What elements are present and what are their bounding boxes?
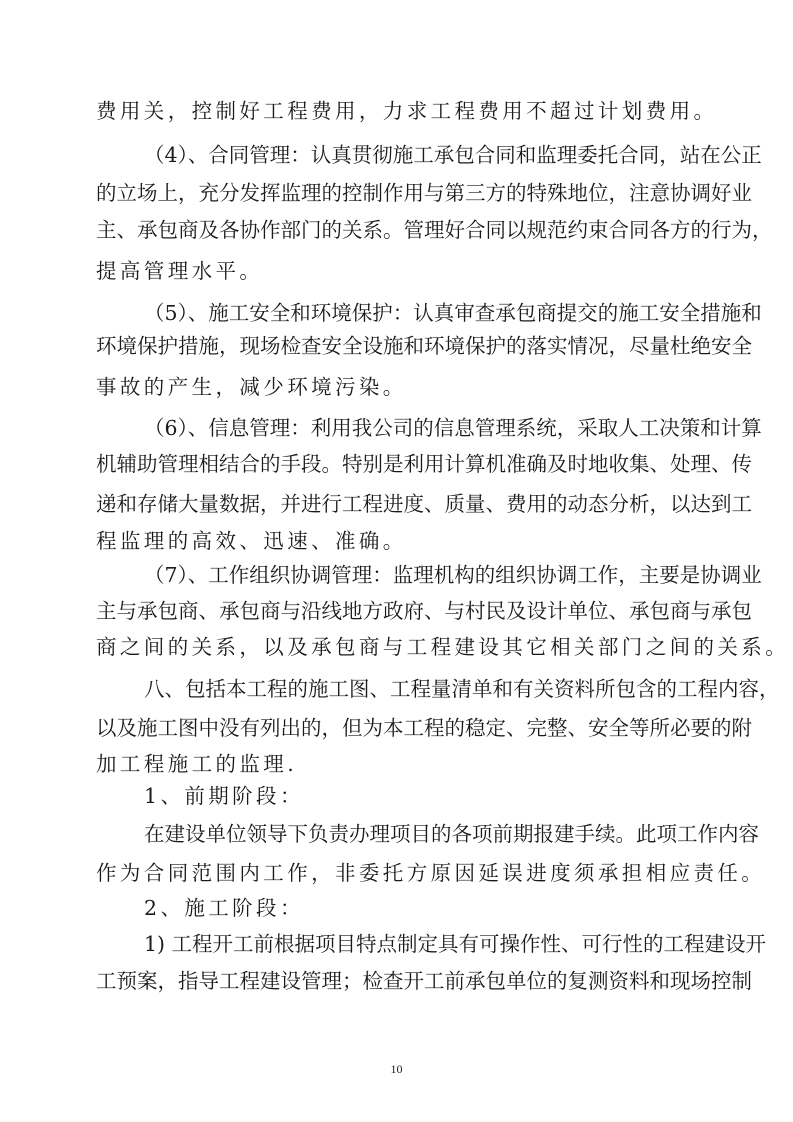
text-line: 商之间的关系，以及承包商与工程建设其它相关部门之间的关系。 [96, 632, 700, 662]
text-line: 主与承包商、承包商与沿线地方政府、与村民及设计单位、承包商与承包 [96, 596, 700, 626]
text-line: （4）、合同管理：认真贯彻施工承包合同和监理委托合同，站在公正 [144, 140, 700, 170]
text-line: 机辅助管理相结合的手段。特别是利用计算机准确及时地收集、处理、传 [96, 449, 700, 479]
text-line: 主、承包商及各协作部门的关系。管理好合同以规范约束合同各方的行为， [96, 215, 700, 245]
text-line: （6）、信息管理：利用我公司的信息管理系统，采取人工决策和计算 [144, 413, 700, 443]
text-line: 的立场上，充分发挥监理的控制作用与第三方的特殊地位，注意协调好业 [96, 178, 700, 208]
text-line: 提高管理水平。 [96, 256, 700, 286]
text-line: 事故的产生，减少环境污染。 [96, 372, 700, 402]
text-line: 程监理的高效、迅速、准确。 [96, 526, 700, 556]
text-line: 以及施工图中没有列出的，但为本工程的稳定、完整、安全等所必要的附 [96, 713, 700, 743]
text-line: 1) 工程开工前根据项目特点制定具有可操作性、可行性的工程建设开 [144, 929, 700, 959]
text-line: 递和存储大量数据，并进行工程进度、质量、费用的动态分析，以达到工 [96, 489, 700, 519]
text-line: 在建设单位领导下负责办理项目的各项前期报建手续。此项工作内容 [144, 819, 700, 849]
text-line: 2、施工阶段： [144, 893, 700, 923]
text-line: 作为合同范围内工作，非委托方原因延误进度须承担相应责任。 [96, 858, 700, 888]
document-page: 费用关，控制好工程费用，力求工程费用不超过计划费用。（4）、合同管理：认真贯彻施… [0, 0, 793, 1122]
text-line: 费用关，控制好工程费用，力求工程费用不超过计划费用。 [96, 96, 700, 126]
text-line: 八、包括本工程的施工图、工程量清单和有关资料所包含的工程内容， [144, 674, 700, 704]
text-line: （7）、工作组织协调管理：监理机构的组织协调工作，主要是协调业 [144, 560, 700, 590]
text-line: （5）、施工安全和环境保护：认真审查承包商提交的施工安全措施和 [144, 298, 700, 328]
text-line: 工预案，指导工程建设管理；检查开工前承包单位的复测资料和现场控制 [96, 966, 700, 996]
page-number: 10 [0, 1062, 793, 1077]
text-line: 加工程施工的监理. [96, 749, 700, 779]
text-line: 1、前期阶段： [144, 781, 700, 811]
text-line: 环境保护措施，现场检查安全设施和环境保护的落实情况，尽量杜绝安全 [96, 331, 700, 361]
